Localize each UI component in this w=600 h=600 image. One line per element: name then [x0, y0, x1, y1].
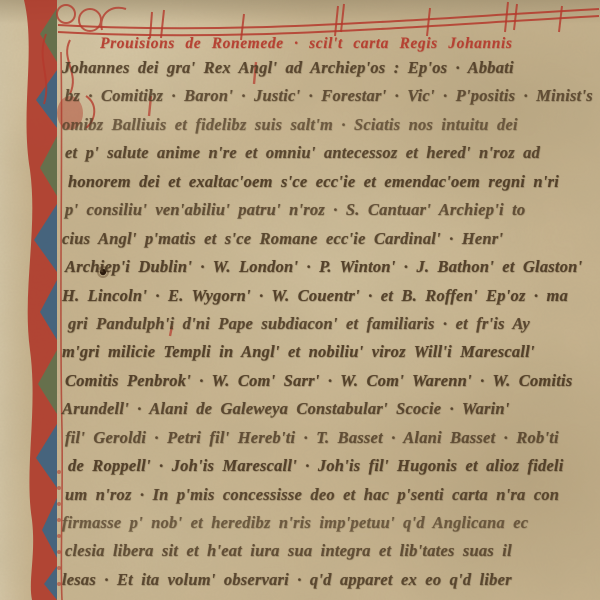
text-line: omibz Balliuis et fidelibz suis salt'm ·…	[62, 111, 600, 139]
text-line: et p' salute anime n're et omniu' antece…	[62, 139, 600, 167]
text-block: Johannes dei gra' Rex Angl' ad Archiep'o…	[62, 54, 600, 600]
text-line: honorem dei et exaltac'oem s'ce ecc'ie e…	[62, 168, 600, 196]
manuscript-page: Prouisions de Ronemede · scil't carta Re…	[0, 0, 600, 600]
text-line: lesas · Et ita volum' observari · q'd ap…	[62, 566, 600, 594]
text-line: cius Angl' p'matis et s'ce Romane ecc'ie…	[62, 225, 600, 253]
text-line: p' consiliu' ven'abiliu' patru' n'roz · …	[62, 196, 600, 224]
text-line: clesia libera sit et h'eat iura sua inte…	[62, 537, 600, 565]
text-line: Johannes dei gra' Rex Angl' ad Archiep'o…	[62, 54, 600, 82]
text-line: bz · Comitibz · Baron' · Justic' · Fores…	[62, 82, 600, 110]
text-line: Comitis Penbrok' · W. Com' Sarr' · W. Co…	[62, 367, 600, 395]
text-line: de Roppell' · Joh'is Marescall' · Joh'is…	[62, 452, 600, 480]
text-line: um n'roz · In p'mis concessisse deo et h…	[62, 481, 600, 509]
text-line: Archiep'i Dublin' · W. London' · P. Wint…	[62, 253, 600, 281]
rubric-line: Prouisions de Ronemede · scil't carta Re…	[100, 33, 513, 55]
text-line: gri Pandulph'i d'ni Pape subdiacon' et f…	[62, 310, 600, 338]
text-line: m'gri milicie Templi in Angl' et nobiliu…	[62, 338, 600, 366]
text-line: firmasse p' nob' et heredibz n'ris imp'p…	[62, 509, 600, 537]
text-line: Arundell' · Alani de Galeweya Constabula…	[62, 395, 600, 423]
text-line: H. Lincoln' · E. Wygorn' · W. Couentr' ·…	[62, 282, 600, 310]
text-line: fil' Geroldi · Petri fil' Hereb'ti · T. …	[62, 424, 600, 452]
